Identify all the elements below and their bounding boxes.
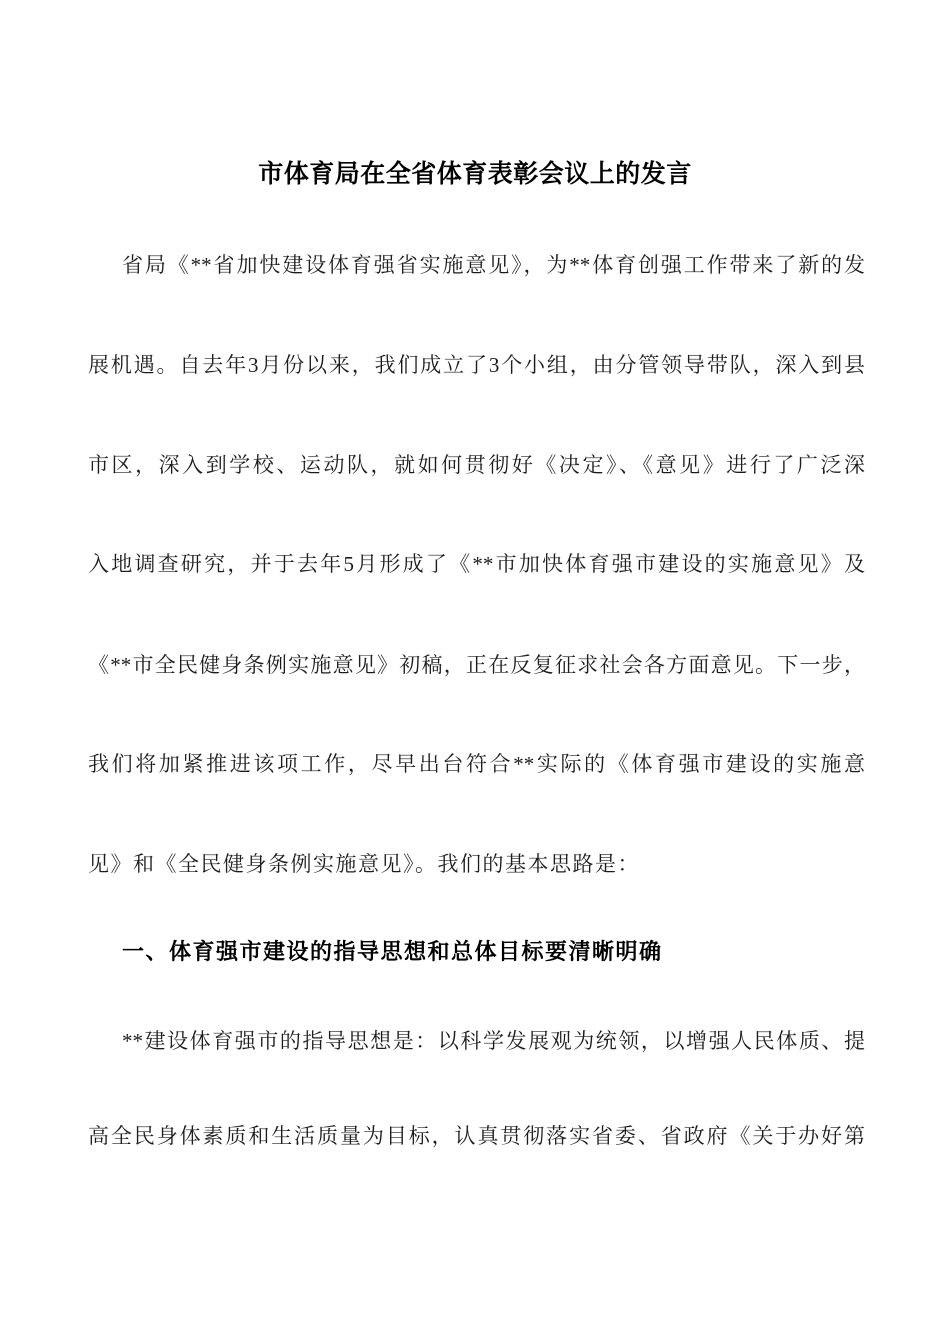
section-heading-1: 一、体育强市建设的指导思想和总体目标要清晰明确 [88, 937, 865, 967]
paragraph1-line-1: 省局《**省加快建设体育强省实施意见》，为**体育创强工作带来了新的发 [88, 250, 865, 280]
paragraph1-line-4: 入地调查研究，并于去年5月形成了《**市加快体育强市建设的实施意见》及 [88, 549, 865, 579]
paragraph1-line-2: 展机遇。自去年3月份以来，我们成立了3个小组，由分管领导带队，深入到县 [88, 350, 865, 380]
document-page: 市体育局在全省体育表彰会议上的发言 省局《**省加快建设体育强省实施意见》，为*… [0, 0, 950, 1344]
paragraph1-line-3: 市区，深入到学校、运动队，就如何贯彻好《决定》、《意见》进行了广泛深 [88, 450, 865, 480]
paragraph1-line-6: 我们将加紧推进该项工作，尽早出台符合**实际的《体育强市建设的实施意 [88, 749, 865, 779]
document-title: 市体育局在全省体育表彰会议上的发言 [0, 157, 950, 192]
paragraph1-line-7: 见》和《全民健身条例实施意见》。我们的基本思路是： [88, 849, 865, 879]
paragraph2-line-1: **建设体育强市的指导思想是：以科学发展观为统领，以增强人民体质、提 [88, 1026, 865, 1056]
paragraph1-line-5: 《**市全民健身条例实施意见》初稿，正在反复征求社会各方面意见。下一步， [88, 650, 865, 680]
paragraph2-line-2: 高全民身体素质和生活质量为目标，认真贯彻落实省委、省政府《关于办好第 [88, 1121, 865, 1151]
